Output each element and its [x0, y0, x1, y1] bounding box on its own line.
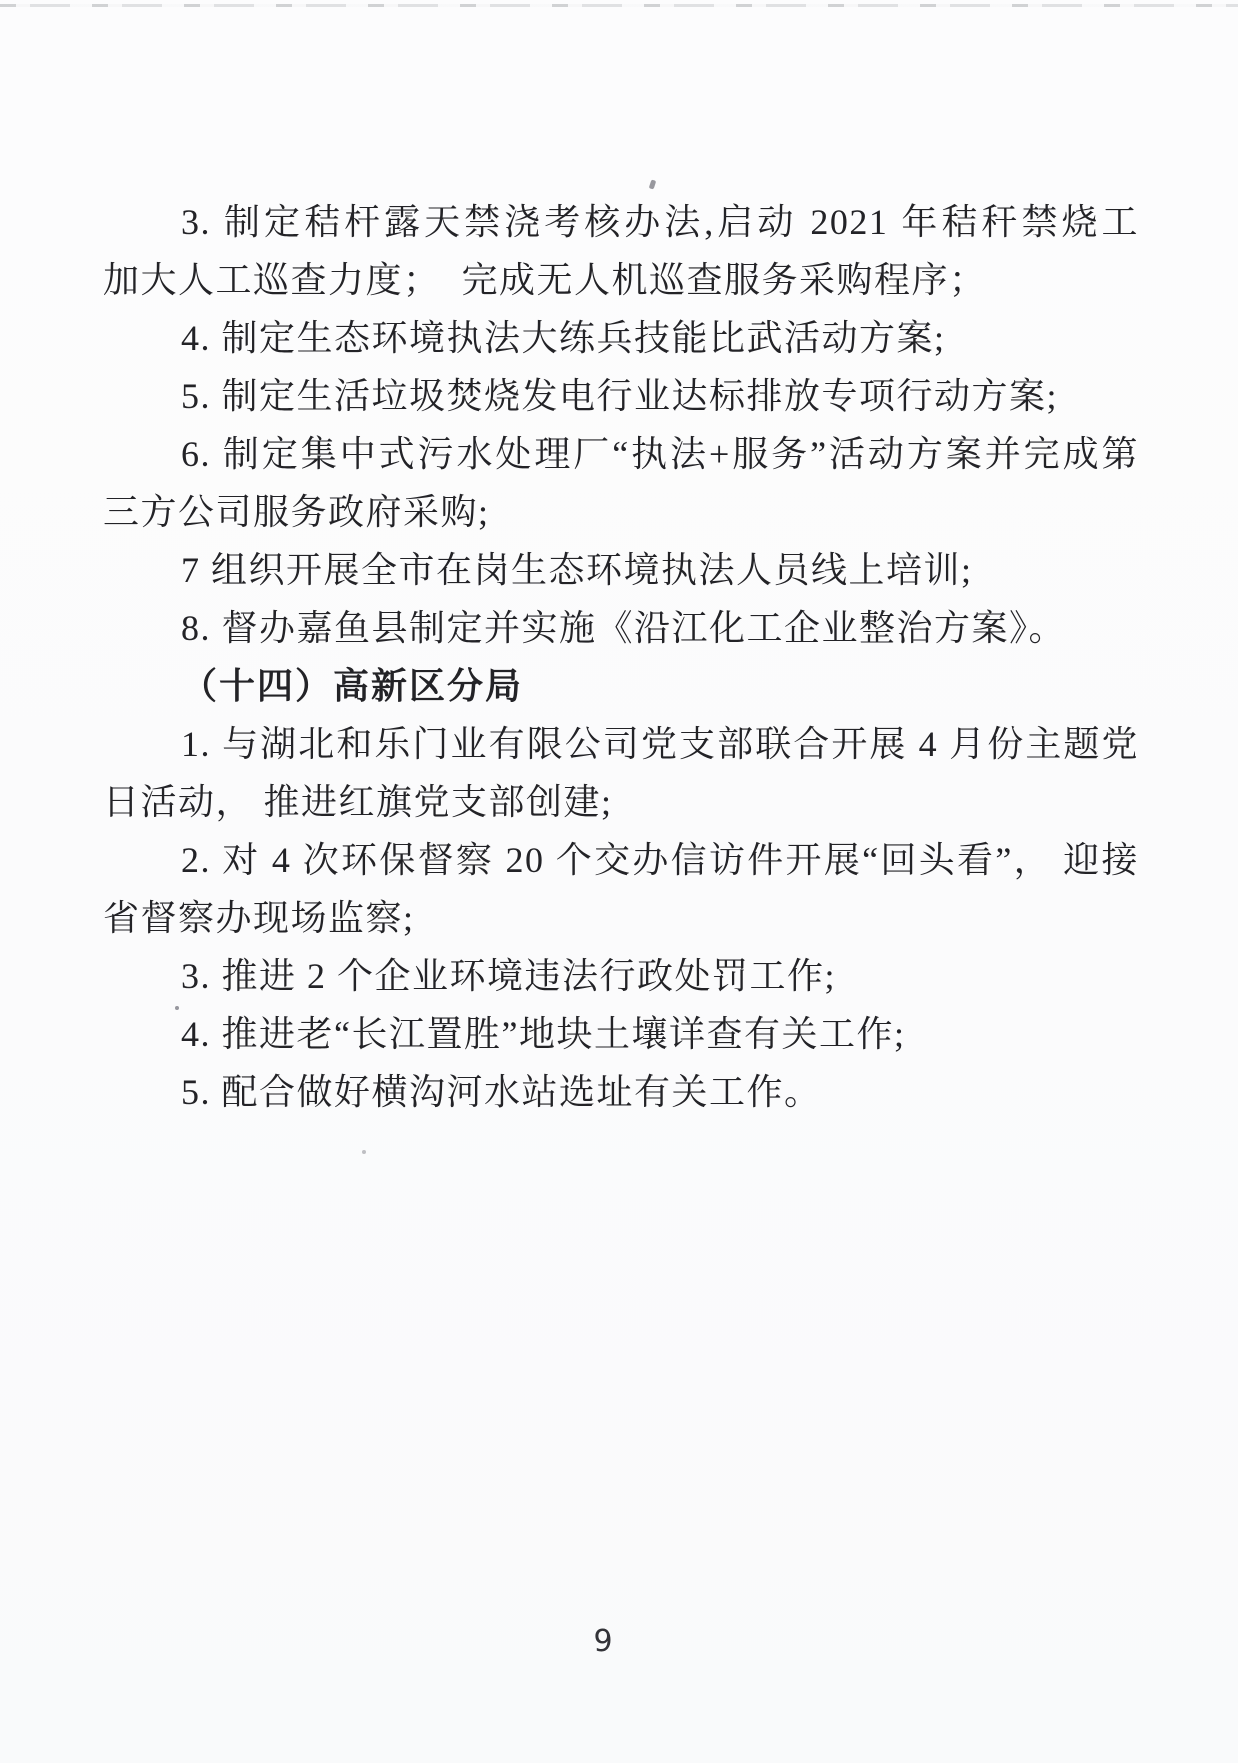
text-line: 4. 制定生态环境执法大练兵技能比武活动方案; [103, 309, 1139, 367]
text-line: 6. 制定集中式污水处理厂“执法+服务”活动方案并完成第 [103, 425, 1139, 483]
scan-speck [362, 1150, 366, 1154]
text-line: 2. 对 4 次环保督察 20 个交办信访件开展“回头看”， 迎接 [103, 831, 1139, 889]
text-line: 5. 配合做好横沟河水站选址有关工作。 [103, 1063, 1139, 1121]
text-line: 8. 督办嘉鱼县制定并实施《沿江化工企业整治方案》。 [103, 599, 1139, 657]
text-line: 3. 推进 2 个企业环境违法行政处罚工作; [103, 947, 1139, 1005]
text-line: 3. 制定秸杆露天禁浇考核办法,启动 2021 年秸秆禁烧工作， [103, 193, 1139, 251]
document-body: 3. 制定秸杆露天禁浇考核办法,启动 2021 年秸秆禁烧工作， 加大人工巡查力… [103, 193, 1139, 1121]
text-line: 省督察办现场监察; [103, 889, 1139, 947]
text-line: 5. 制定生活垃圾焚烧发电行业达标排放专项行动方案; [103, 367, 1139, 425]
section-heading: （十四）高新区分局 [103, 657, 1139, 715]
text-line: 1. 与湖北和乐门业有限公司党支部联合开展 4 月份主题党 [103, 715, 1139, 773]
scan-artifact-top-line [0, 4, 1238, 7]
text-line: 加大人工巡查力度； 完成无人机巡查服务采购程序； [103, 251, 1139, 309]
text-line: 7 组织开展全市在岗生态环境执法人员线上培训; [103, 541, 1139, 599]
page-number: 9 [0, 1622, 1206, 1662]
scanned-document-page: 3. 制定秸杆露天禁浇考核办法,启动 2021 年秸秆禁烧工作， 加大人工巡查力… [0, 0, 1238, 1763]
scan-speck [175, 1006, 179, 1010]
scan-speck [649, 179, 657, 189]
text-line: 三方公司服务政府采购; [103, 483, 1139, 541]
text-line: 日活动， 推进红旗党支部创建; [103, 773, 1139, 831]
text-line: 4. 推进老“长江置胜”地块土壤详查有关工作; [103, 1005, 1139, 1063]
